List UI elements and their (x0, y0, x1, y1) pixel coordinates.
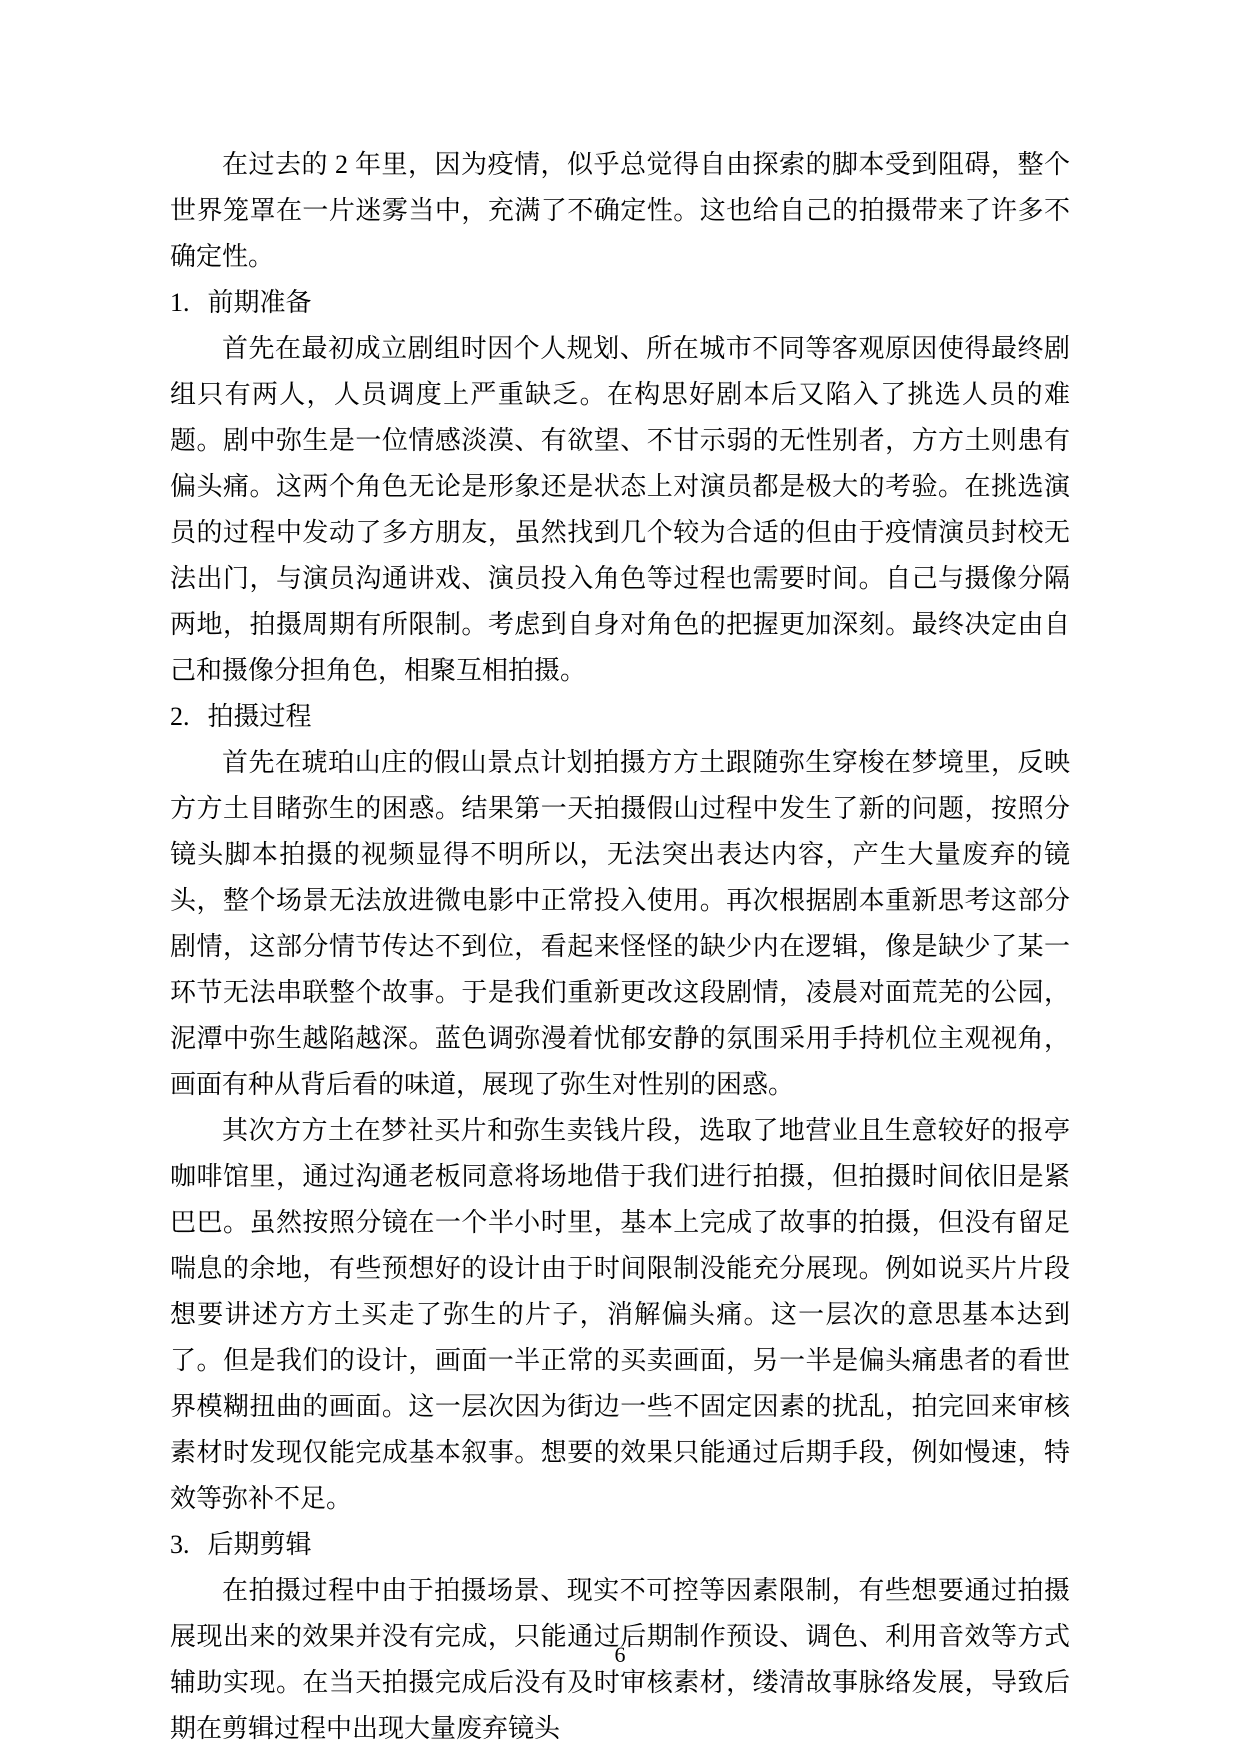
section-heading-3: 3.后期剪辑 (170, 1522, 1070, 1568)
document-body: 在过去的 2 年里，因为疫情，似乎总觉得自由探索的脚本受到阻碍，整个世界笼罩在一… (170, 142, 1070, 1752)
section-number: 1. (170, 288, 190, 317)
page-number: 6 (615, 1642, 626, 1667)
section-heading-1: 1.前期准备 (170, 280, 1070, 326)
section-title: 前期准备 (208, 288, 312, 317)
section-1-paragraph: 首先在最初成立剧组时因个人规划、所在城市不同等客观原因使得最终剧组只有两人，人员… (170, 326, 1070, 694)
section-heading-2: 2.拍摄过程 (170, 694, 1070, 740)
section-title: 后期剪辑 (208, 1530, 312, 1559)
intro-paragraph: 在过去的 2 年里，因为疫情，似乎总觉得自由探索的脚本受到阻碍，整个世界笼罩在一… (170, 142, 1070, 280)
page-footer: 6 (0, 1640, 1240, 1670)
section-2-paragraph-2: 其次方方土在梦社买片和弥生卖钱片段，选取了地营业且生意较好的报亭咖啡馆里，通过沟… (170, 1108, 1070, 1522)
section-number: 3. (170, 1530, 190, 1559)
document-page: 在过去的 2 年里，因为疫情，似乎总觉得自由探索的脚本受到阻碍，整个世界笼罩在一… (0, 0, 1240, 1754)
section-number: 2. (170, 702, 190, 731)
section-2-paragraph-1: 首先在琥珀山庄的假山景点计划拍摄方方土跟随弥生穿梭在梦境里，反映方方土目睹弥生的… (170, 740, 1070, 1108)
section-title: 拍摄过程 (208, 702, 312, 731)
